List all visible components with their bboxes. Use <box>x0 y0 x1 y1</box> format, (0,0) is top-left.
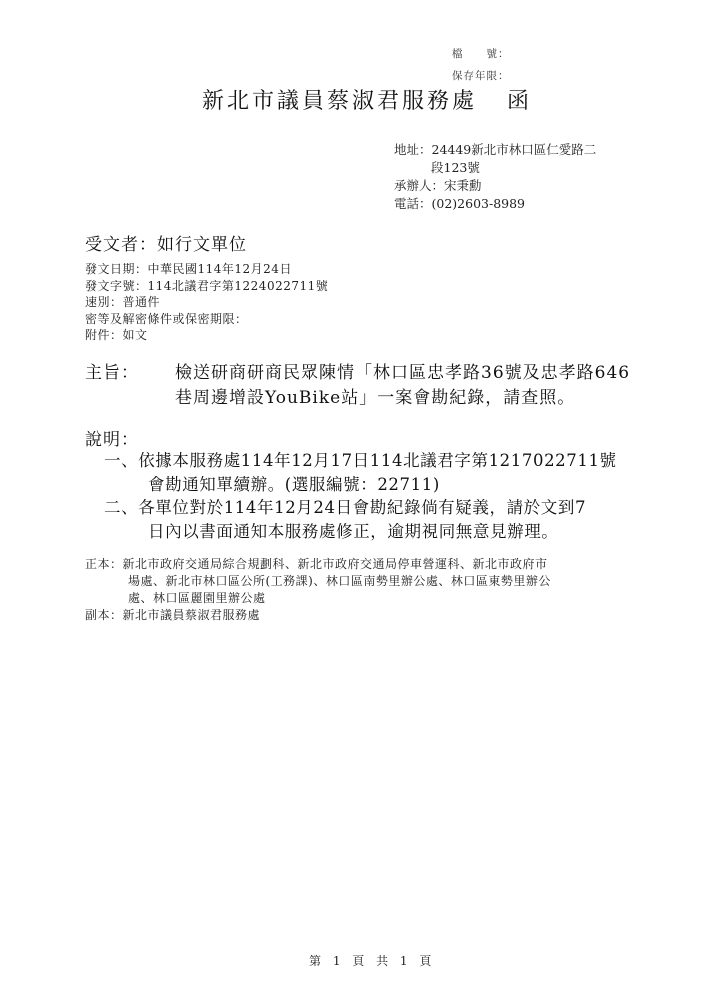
document-type: 函 <box>507 89 532 114</box>
recipient: 受文者：如行文單位 <box>85 230 247 255</box>
copy-recipients: 副本：新北市議員蔡淑君服務處 <box>85 607 551 624</box>
subject-text-line2: 巷周邊增設YouBike站」一案會勘紀錄，請查照。 <box>85 386 630 411</box>
subject-label: 主旨： <box>85 361 175 386</box>
main-recipients-line3: 處、林口區麗園里辦公處 <box>85 590 551 607</box>
explanation-item-1-line1: 一、依據本服務處114年12月17日114北議君字第1217022711號 <box>104 449 617 473</box>
explanation-item-2-line1: 二、各單位對於114年12月24日會勘紀錄倘有疑義，請於文到7 <box>104 496 586 520</box>
file-number-label: 檔 號： <box>452 46 510 61</box>
subject-text-line1: 檢送研商研商民眾陳情「林口區忠孝路36號及忠孝路646 <box>175 363 630 383</box>
explanation-label: 說明： <box>85 425 139 450</box>
page-number: 第 1 頁 共 1 頁 <box>309 952 435 969</box>
retention-period-label: 保存年限： <box>452 68 510 83</box>
distribution-list: 正本：新北市政府交通局綜合規劃科、新北市政府交通局停車營運科、新北市政府市 場處… <box>85 556 551 624</box>
attachment: 附件：如文 <box>85 327 328 344</box>
document-title: 新北市議員蔡淑君服務處函 <box>202 84 532 115</box>
sender-contact-person: 承辦人：宋秉勳 <box>394 177 596 195</box>
sender-address-continued: 段123號 <box>394 159 596 177</box>
issue-date: 發文日期：中華民國114年12月24日 <box>85 261 328 278</box>
secrecy-level: 密等及解密條件或保密期限： <box>85 311 328 328</box>
main-recipients-line2: 場處、新北市林口區公所(工務課)、林口區南勢里辦公處、林口區東勢里辦公 <box>85 573 551 590</box>
explanation-item-1-line2: 會勘通知單續辦。(選服編號：22711) <box>104 473 617 497</box>
sender-address: 地址：24449新北市林口區仁愛路二 <box>394 141 596 159</box>
subject-section: 主旨：檢送研商研商民眾陳情「林口區忠孝路36號及忠孝路646 巷周邊增設YouB… <box>85 361 630 411</box>
sender-info: 地址：24449新北市林口區仁愛路二 段123號 承辦人：宋秉勳 電話：(02)… <box>394 141 596 213</box>
delivery-speed: 速別：普通件 <box>85 294 328 311</box>
sender-phone: 電話：(02)2603-8989 <box>394 195 596 213</box>
explanation-item-2: 二、各單位對於114年12月24日會勘紀錄倘有疑義，請於文到7 日內以書面通知本… <box>104 496 586 544</box>
document-meta: 發文日期：中華民國114年12月24日 發文字號：114北議君字第1224022… <box>85 261 328 344</box>
office-name: 新北市議員蔡淑君服務處 <box>202 89 477 114</box>
explanation-item-1: 一、依據本服務處114年12月17日114北議君字第1217022711號 會勘… <box>104 449 617 497</box>
document-number: 發文字號：114北議君字第1224022711號 <box>85 278 328 295</box>
main-recipients-line1: 正本：新北市政府交通局綜合規劃科、新北市政府交通局停車營運科、新北市政府市 <box>85 556 551 573</box>
explanation-item-2-line2: 日內以書面通知本服務處修正，逾期視同無意見辦理。 <box>104 520 586 544</box>
